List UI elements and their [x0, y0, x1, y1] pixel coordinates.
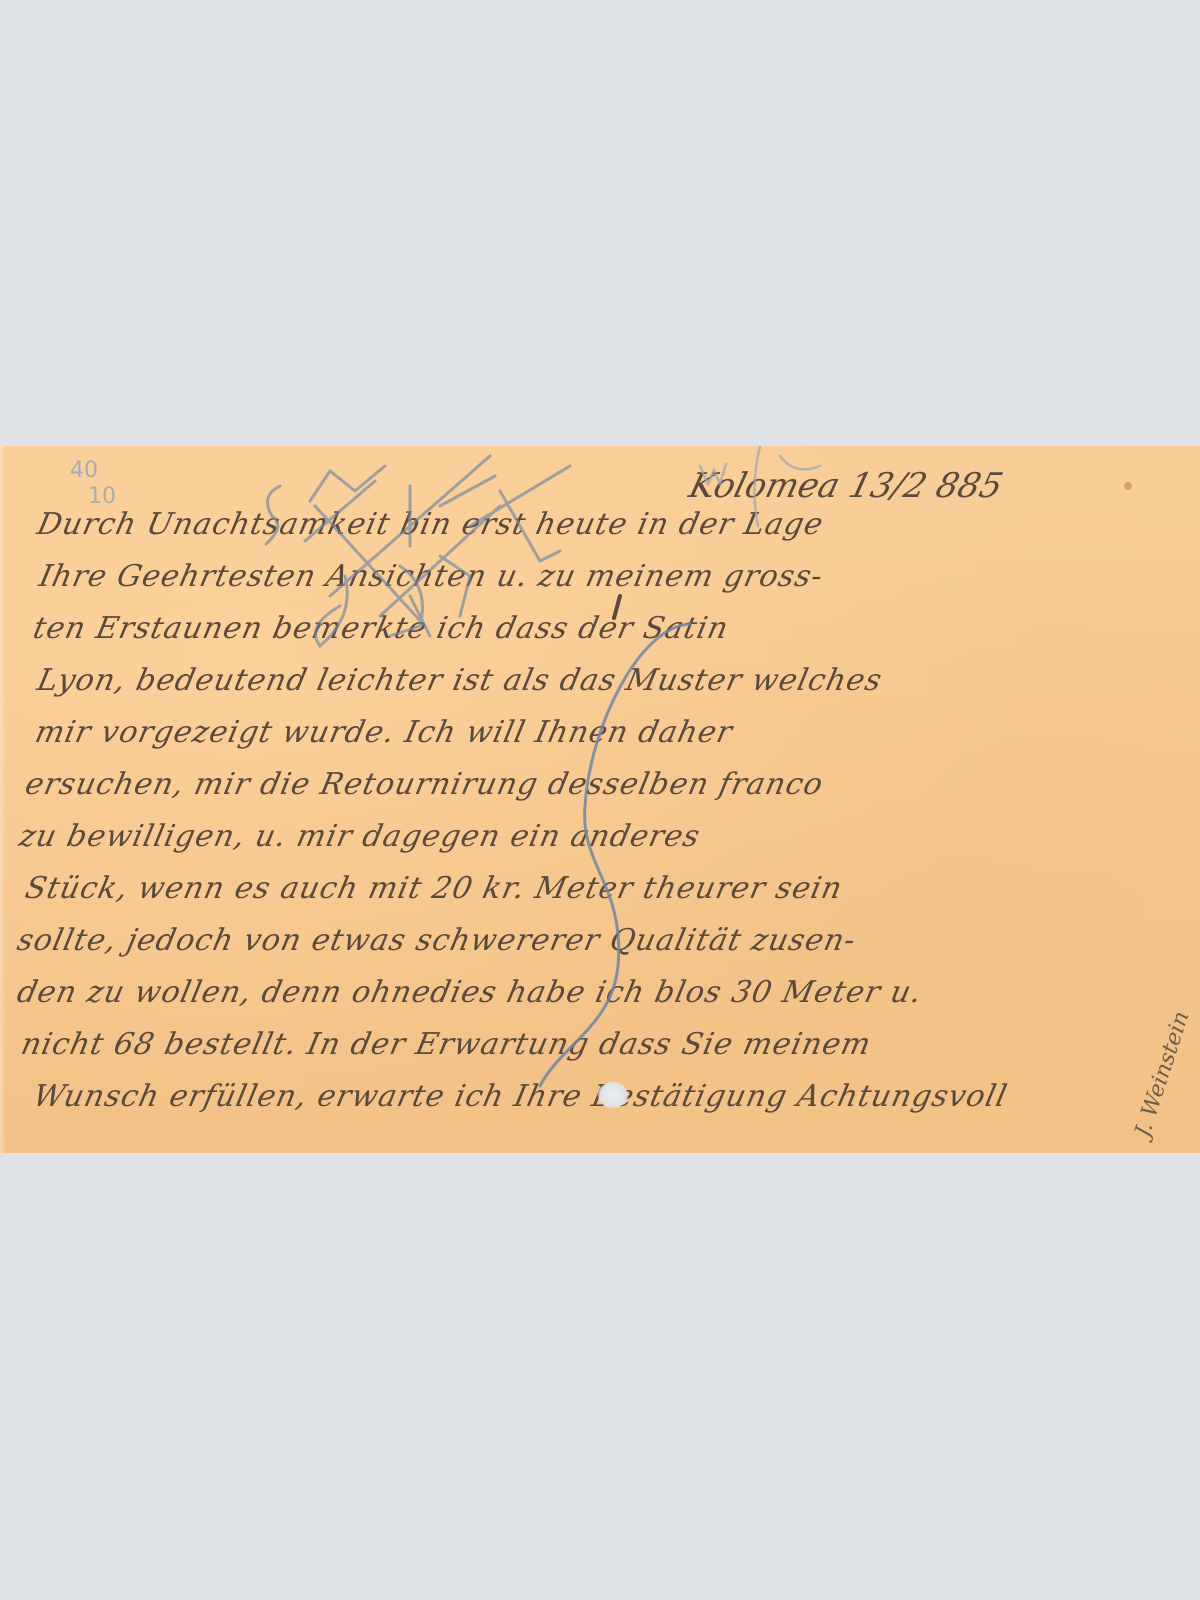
text-line: Stück, wenn es auch mit 20 kr. Meter the… — [22, 872, 846, 906]
pencil-note-top: 40 — [70, 460, 98, 482]
text-line: zu bewilligen, u. mir dagegen ein andere… — [16, 820, 703, 854]
paper-stain — [1124, 482, 1132, 490]
postcard: 40 10 Kolomea 13/2 885 Durch Unachtsamke… — [0, 446, 1200, 1153]
text-line: ersuchen, mir die Retournirung desselben… — [22, 768, 827, 802]
text-line: Lyon, bedeutend leichter ist als das Mus… — [34, 664, 885, 698]
text-line: Durch Unachtsamkeit bin erst heute in de… — [34, 508, 827, 542]
text-line: Ihre Geehrtesten Ansichten u. zu meinem … — [36, 560, 826, 594]
text-line: Wunsch erfüllen, erwarte ich Ihre Bestät… — [30, 1080, 1010, 1114]
place-date: Kolomea 13/2 885 — [685, 466, 1007, 506]
text-line: ten Erstaunen bemerkte ich dass der Sati… — [30, 612, 732, 646]
signature: J. Weinstein — [1130, 1008, 1194, 1140]
paper-hole — [598, 1082, 628, 1108]
text-line: nicht 68 bestellt. In der Erwartung dass… — [18, 1028, 874, 1062]
text-line: sollte, jedoch von etwas schwererer Qual… — [14, 924, 859, 958]
pencil-note-bottom: 10 — [88, 486, 116, 508]
text-line: mir vorgezeigt wurde. Ich will Ihnen dah… — [32, 716, 736, 750]
text-line: den zu wollen, denn ohnedies habe ich bl… — [14, 976, 925, 1010]
